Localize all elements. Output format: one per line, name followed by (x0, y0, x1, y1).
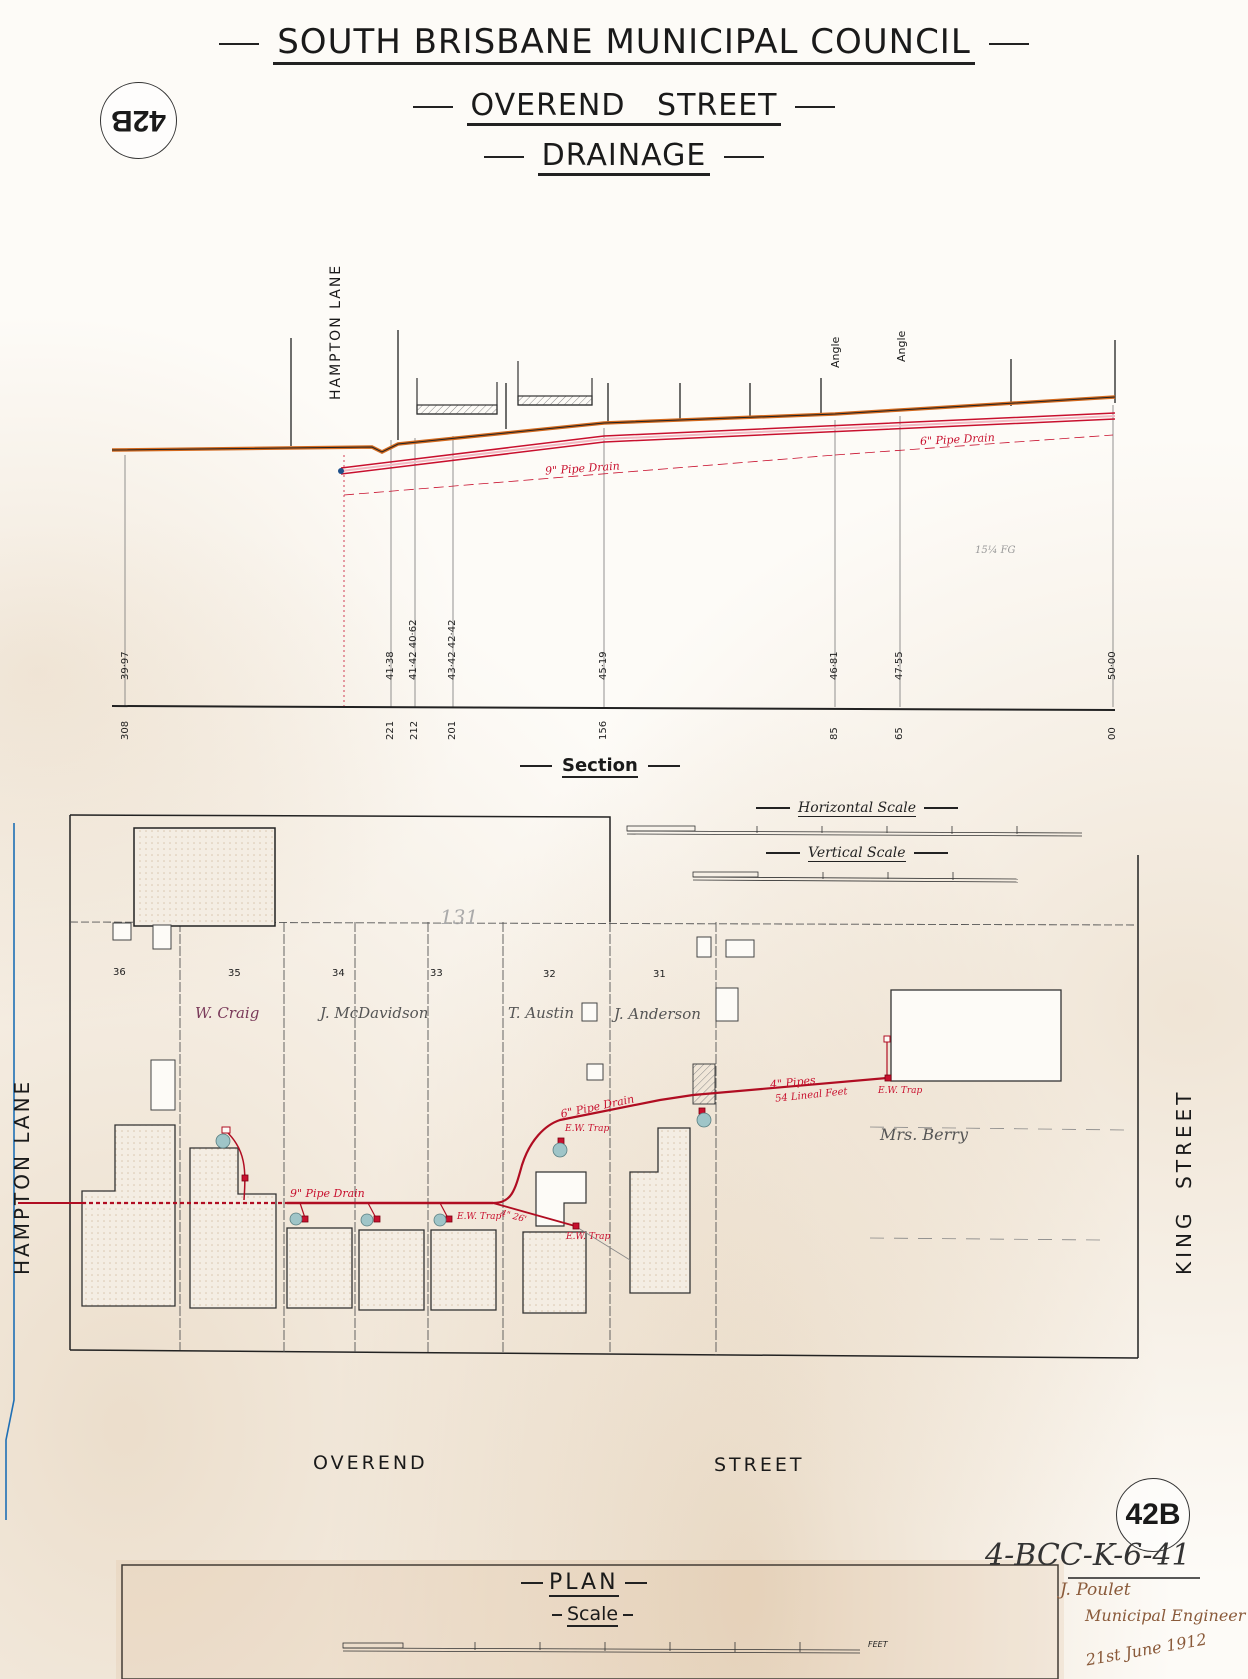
section-verticals (125, 405, 1113, 707)
trap-label: E.W. Trap (878, 1086, 922, 1096)
street-label: STREET (714, 1454, 804, 1476)
scale-unit: FEET (868, 1640, 888, 1649)
horizontal-scale-text: Horizontal Scale (798, 800, 916, 817)
lot-number: 31 (653, 969, 666, 980)
chainage: 201 (447, 721, 458, 740)
level-reading: 50·00 (1107, 651, 1118, 680)
section-caption: Section (510, 755, 690, 776)
reference-code: 4-BCC-K-6-41 (985, 1538, 1191, 1573)
lot-owner: W. Craig (195, 1004, 259, 1022)
chainage: 221 (385, 721, 396, 740)
chainage: 308 (120, 721, 131, 740)
horizontal-scale-label: Horizontal Scale (748, 800, 966, 816)
angle-label-1: Angle (829, 337, 842, 368)
plan-9in-label: 9" Pipe Drain (290, 1187, 365, 1200)
lot-owner: J. McDavidson (320, 1004, 428, 1022)
chainage: 65 (894, 727, 905, 740)
lot-number: 32 (543, 969, 556, 980)
scale-caption-text: Scale (567, 1603, 618, 1627)
chainage: 85 (829, 727, 840, 740)
trap-label: E.W. Trap (566, 1232, 610, 1242)
lot-number: 34 (332, 968, 345, 979)
section-street-label: HAMPTON LANE (328, 264, 344, 400)
lot-number: 36 (113, 967, 126, 978)
scale-caption: Scale (547, 1603, 638, 1625)
allotment-ref: 131 (440, 905, 478, 929)
sheet-number: 42B (1125, 1498, 1180, 1532)
chainage: 156 (598, 721, 609, 740)
level-reading: 41·38 (385, 651, 396, 680)
drawing-canvas (0, 0, 1248, 1679)
level-reading: 43·42 42·42 (447, 620, 458, 680)
signature: J. Poulet (1060, 1580, 1131, 1600)
king-street-label: KING STREET (1172, 1089, 1196, 1276)
lot-number: 33 (430, 968, 443, 979)
level-reading: 39·97 (120, 651, 131, 680)
horizontal-scale-bar (627, 826, 1082, 836)
level-reading: 46·81 (829, 651, 840, 680)
section-caption-text: Section (562, 755, 638, 778)
chainage: 00 (1107, 727, 1118, 740)
vertical-scale-bar (693, 872, 1018, 882)
lot-owner: J. Anderson (614, 1005, 701, 1023)
level-reading: 45·19 (598, 651, 609, 680)
vertical-scale-text: Vertical Scale (808, 845, 906, 862)
angle-label-2: Angle (895, 331, 908, 362)
signatory-role: Municipal Engineer (1085, 1606, 1245, 1625)
lot-owner: T. Austin (508, 1004, 574, 1022)
lot-number: 35 (228, 968, 241, 979)
other-owner: Mrs. Berry (880, 1125, 968, 1144)
section-baseline (112, 706, 1115, 710)
level-reading: 41·42 40·62 (408, 620, 419, 680)
vertical-scale-label: Vertical Scale (758, 845, 956, 861)
hampton-lane-label: HAMPTON LANE (10, 1079, 34, 1275)
level-reading: 47·55 (894, 651, 905, 680)
plan-caption: PLAN (515, 1570, 653, 1595)
plan-building-upper (134, 828, 275, 926)
plan-caption-text: PLAN (549, 1570, 619, 1597)
chainage: 212 (409, 721, 420, 740)
pencil-note: 15¼ FG (975, 545, 1016, 556)
overend-label: OVEREND (313, 1452, 428, 1474)
section-buildings (417, 361, 592, 414)
lot-buildings (82, 990, 1061, 1313)
trap-label: E.W. Trap (565, 1124, 609, 1134)
trap-label: E.W. Trap (457, 1212, 501, 1222)
